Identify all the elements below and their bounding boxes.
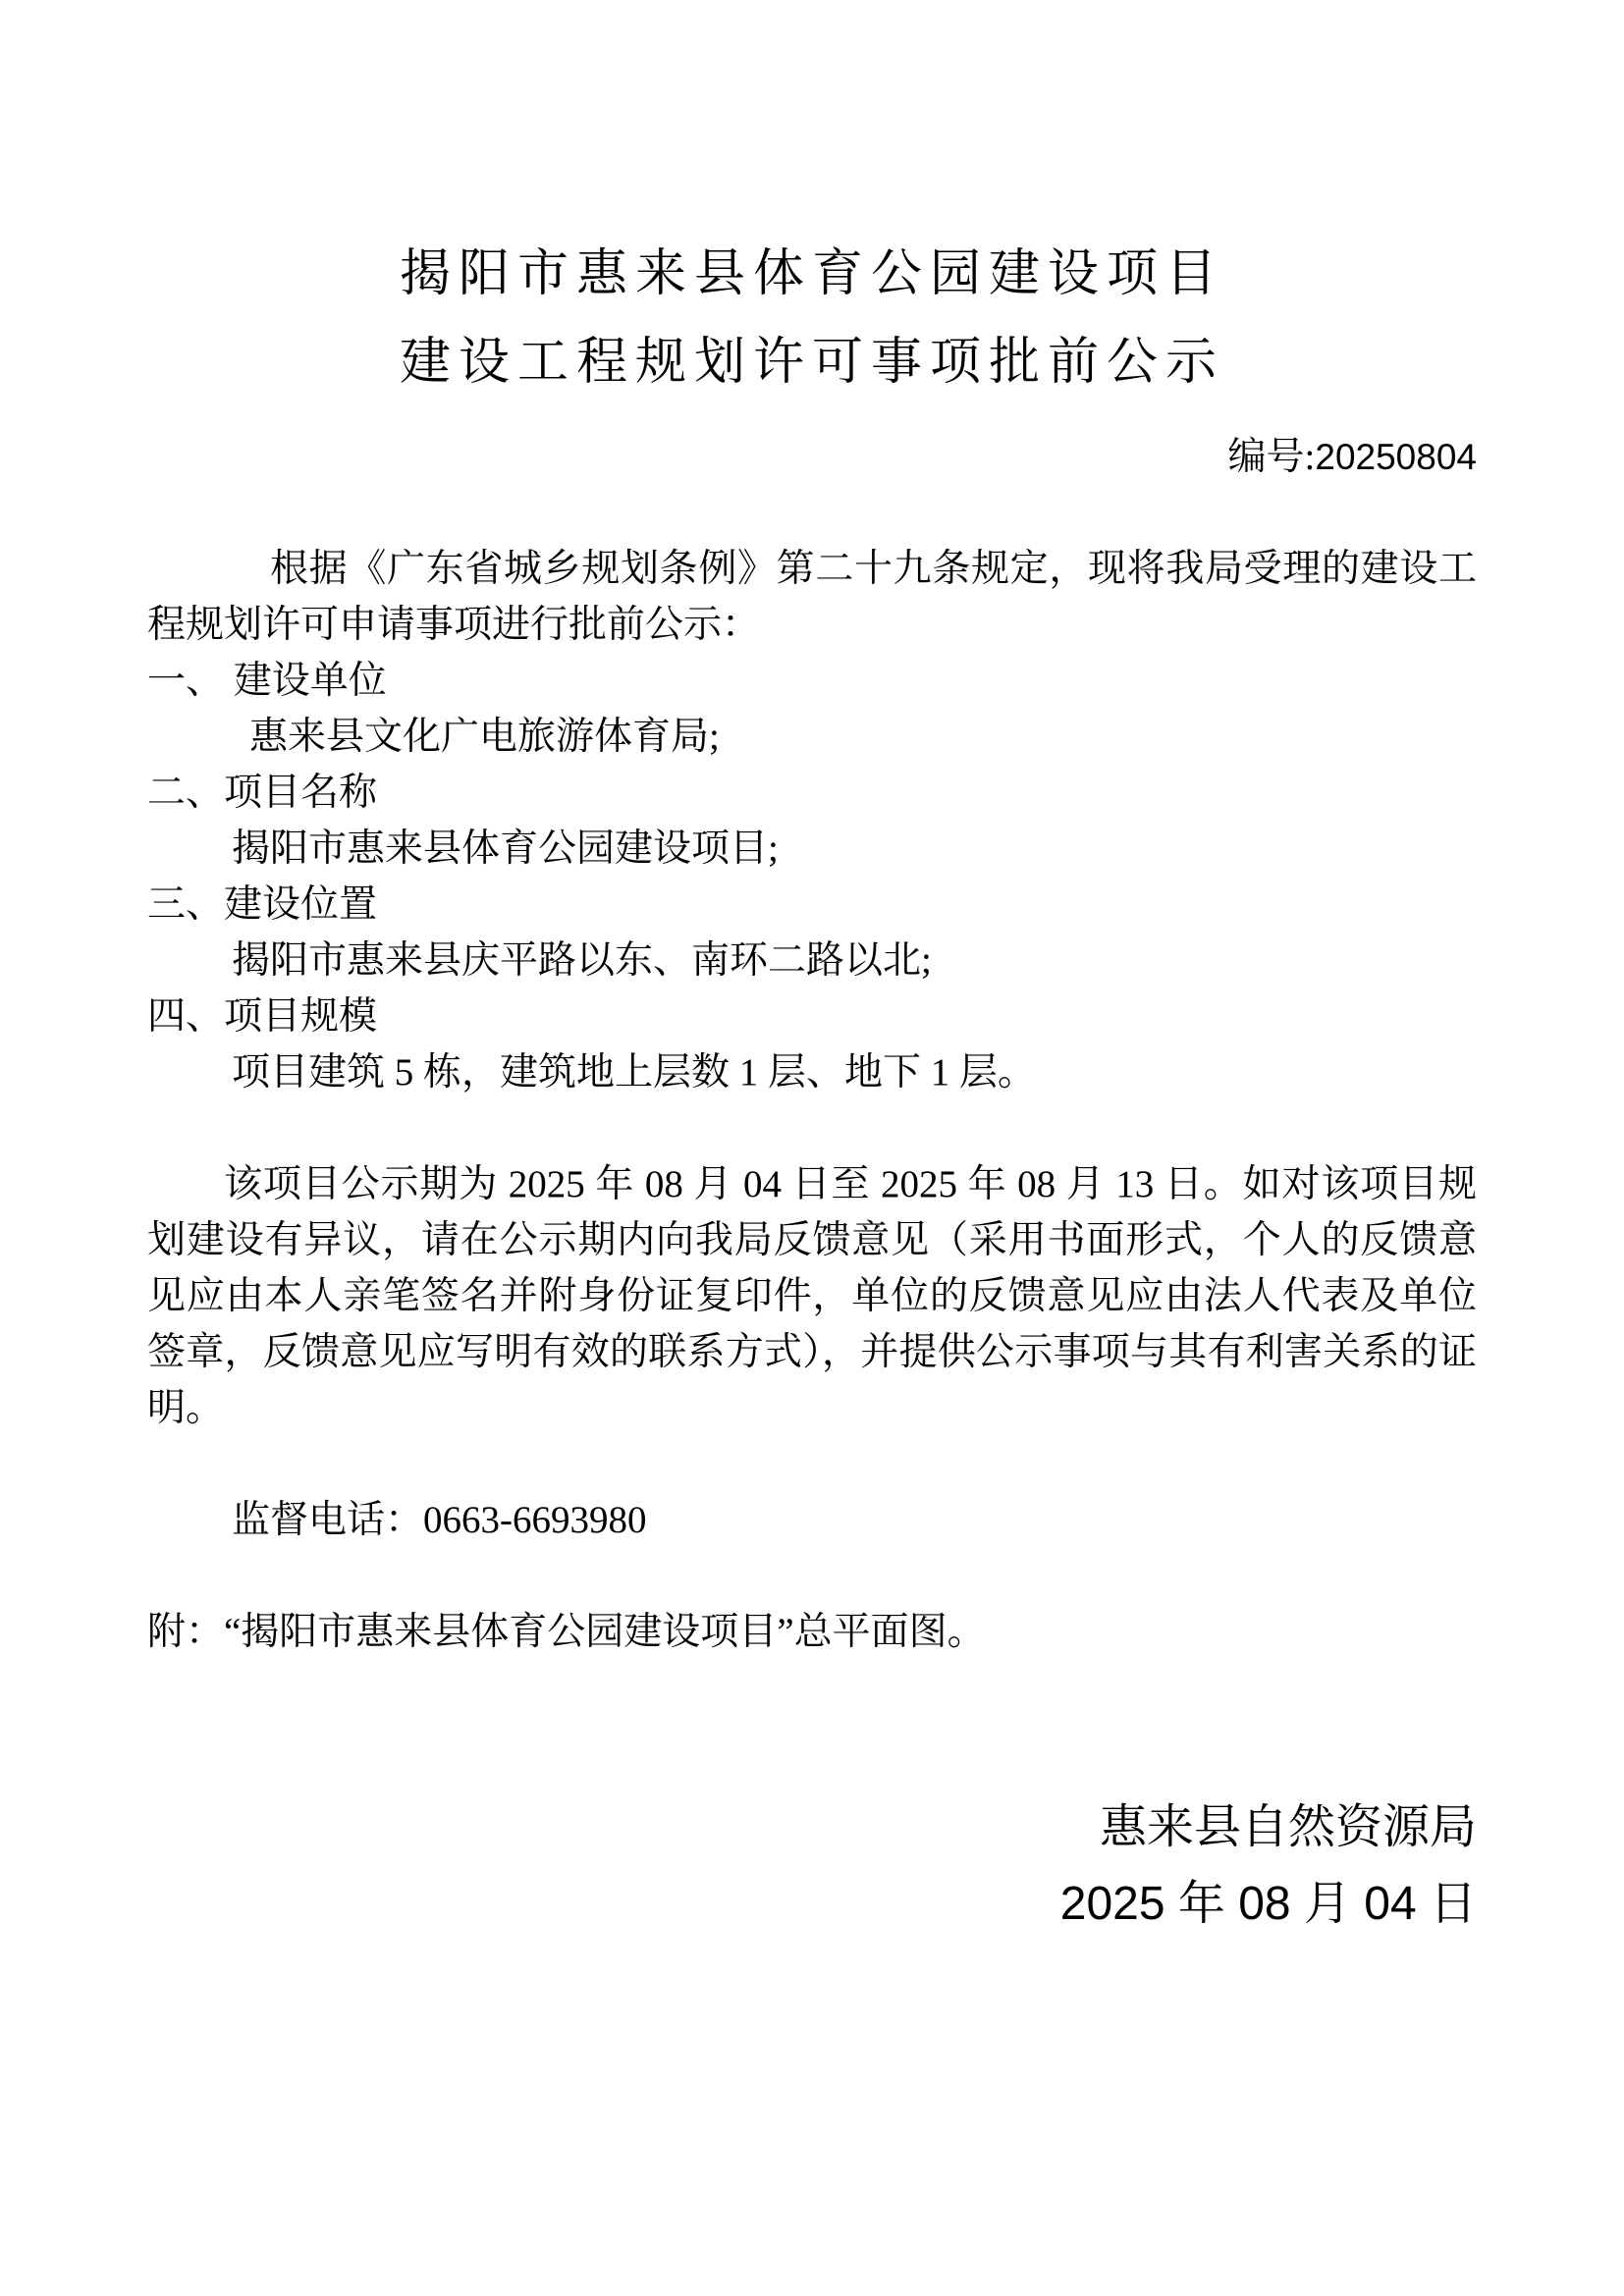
items-list: 一、 建设单位 惠来县文化广电旅游体育局; 二、项目名称 揭阳市惠来县体育公园建… <box>147 653 1477 1100</box>
doc-title-line2: 建设工程规划许可事项批前公示 <box>147 319 1477 407</box>
item-construction-unit: 一、 建设单位 惠来县文化广电旅游体育局; <box>147 653 1477 765</box>
issue-date: 2025 年 08 月 04 日 <box>147 1866 1477 1943</box>
item-construction-unit-head: 一、 建设单位 <box>147 653 1477 709</box>
notice-paragraph: 该项目公示期为 2025 年 08 月 04 日至 2025 年 08 月 13… <box>147 1156 1477 1436</box>
item-project-name-value: 揭阳市惠来县体育公园建设项目; <box>147 821 1477 877</box>
doc-number-value: 20250804 <box>1315 437 1477 477</box>
item-project-scale-value: 项目建筑 5 栋，建筑地上层数 1 层、地下 1 层。 <box>147 1044 1477 1100</box>
item-project-name-head: 二、项目名称 <box>147 765 1477 821</box>
item-construction-location-value: 揭阳市惠来县庆平路以东、南环二路以北; <box>147 933 1477 988</box>
item-project-scale-head: 四、项目规模 <box>147 988 1477 1044</box>
issuing-agency: 惠来县自然资源局 <box>147 1789 1477 1866</box>
document-page: 揭阳市惠来县体育公园建设项目 建设工程规划许可事项批前公示 编号:2025080… <box>0 0 1624 2296</box>
attachment-note: 附：“揭阳市惠来县体育公园建设项目”总平面图。 <box>147 1604 1477 1660</box>
doc-title-line1: 揭阳市惠来县体育公园建设项目 <box>147 231 1477 319</box>
item-project-name: 二、项目名称 揭阳市惠来县体育公园建设项目; <box>147 765 1477 877</box>
doc-title: 揭阳市惠来县体育公园建设项目 建设工程规划许可事项批前公示 <box>147 231 1477 407</box>
intro-paragraph: 根据《广东省城乡规划条例》第二十九条规定，现将我局受理的建设工程规划许可申请事项… <box>147 541 1477 653</box>
doc-number-label: 编号: <box>1228 436 1316 478</box>
supervision-phone: 监督电话：0663-6693980 <box>147 1492 1477 1548</box>
item-construction-location-head: 三、建设位置 <box>147 877 1477 933</box>
item-construction-unit-value: 惠来县文化广电旅游体育局; <box>147 709 1477 765</box>
doc-number: 编号:20250804 <box>147 429 1477 485</box>
item-construction-location: 三、建设位置 揭阳市惠来县庆平路以东、南环二路以北; <box>147 877 1477 988</box>
signature-block: 惠来县自然资源局 2025 年 08 月 04 日 <box>147 1789 1477 1943</box>
item-project-scale: 四、项目规模 项目建筑 5 栋，建筑地上层数 1 层、地下 1 层。 <box>147 988 1477 1100</box>
